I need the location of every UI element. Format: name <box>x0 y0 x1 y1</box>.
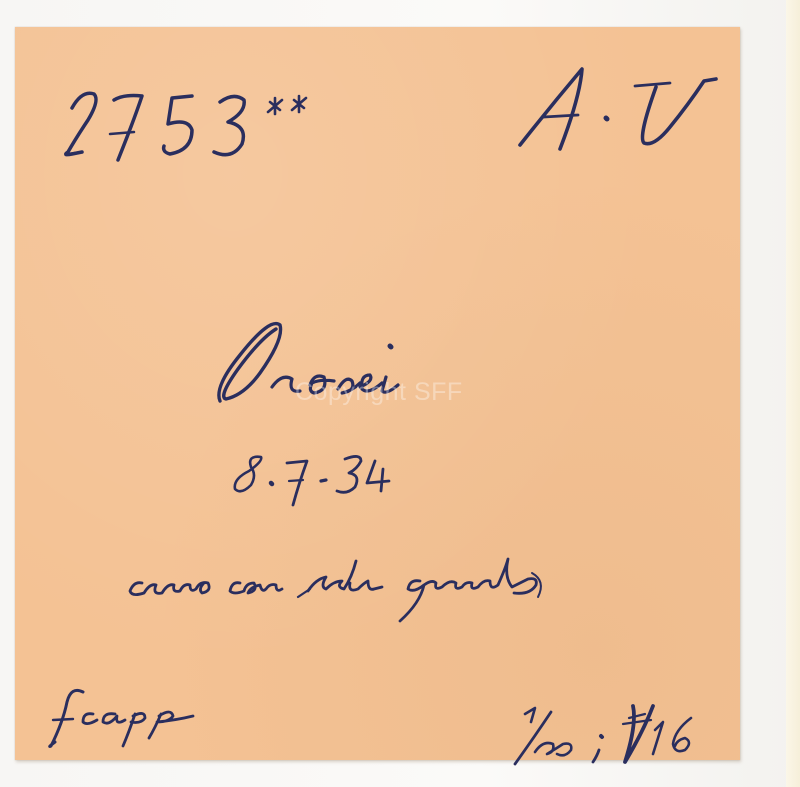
date: 8.7.34 <box>225 447 415 507</box>
place-name: Orosei <box>210 295 430 385</box>
adjacent-card-edge <box>786 0 800 787</box>
copyright-watermark: Copyright SFF <box>295 378 463 407</box>
catalog-number-handwriting <box>42 70 322 170</box>
catalog-number: 2753** <box>42 70 322 160</box>
scale-reference: 1/100 : V16 <box>505 692 715 767</box>
description-handwriting <box>120 537 690 627</box>
photographer-signature: fcapp <box>33 682 203 757</box>
date-handwriting <box>225 447 425 517</box>
scan-background: 2753** A·V <box>0 0 800 787</box>
scale-reference-handwriting <box>505 692 725 772</box>
description: carro con ruota grande <box>120 537 680 612</box>
collector-initials-handwriting <box>510 27 730 157</box>
photographer-handwriting <box>33 682 203 762</box>
collector-initials: A·V <box>510 27 710 117</box>
